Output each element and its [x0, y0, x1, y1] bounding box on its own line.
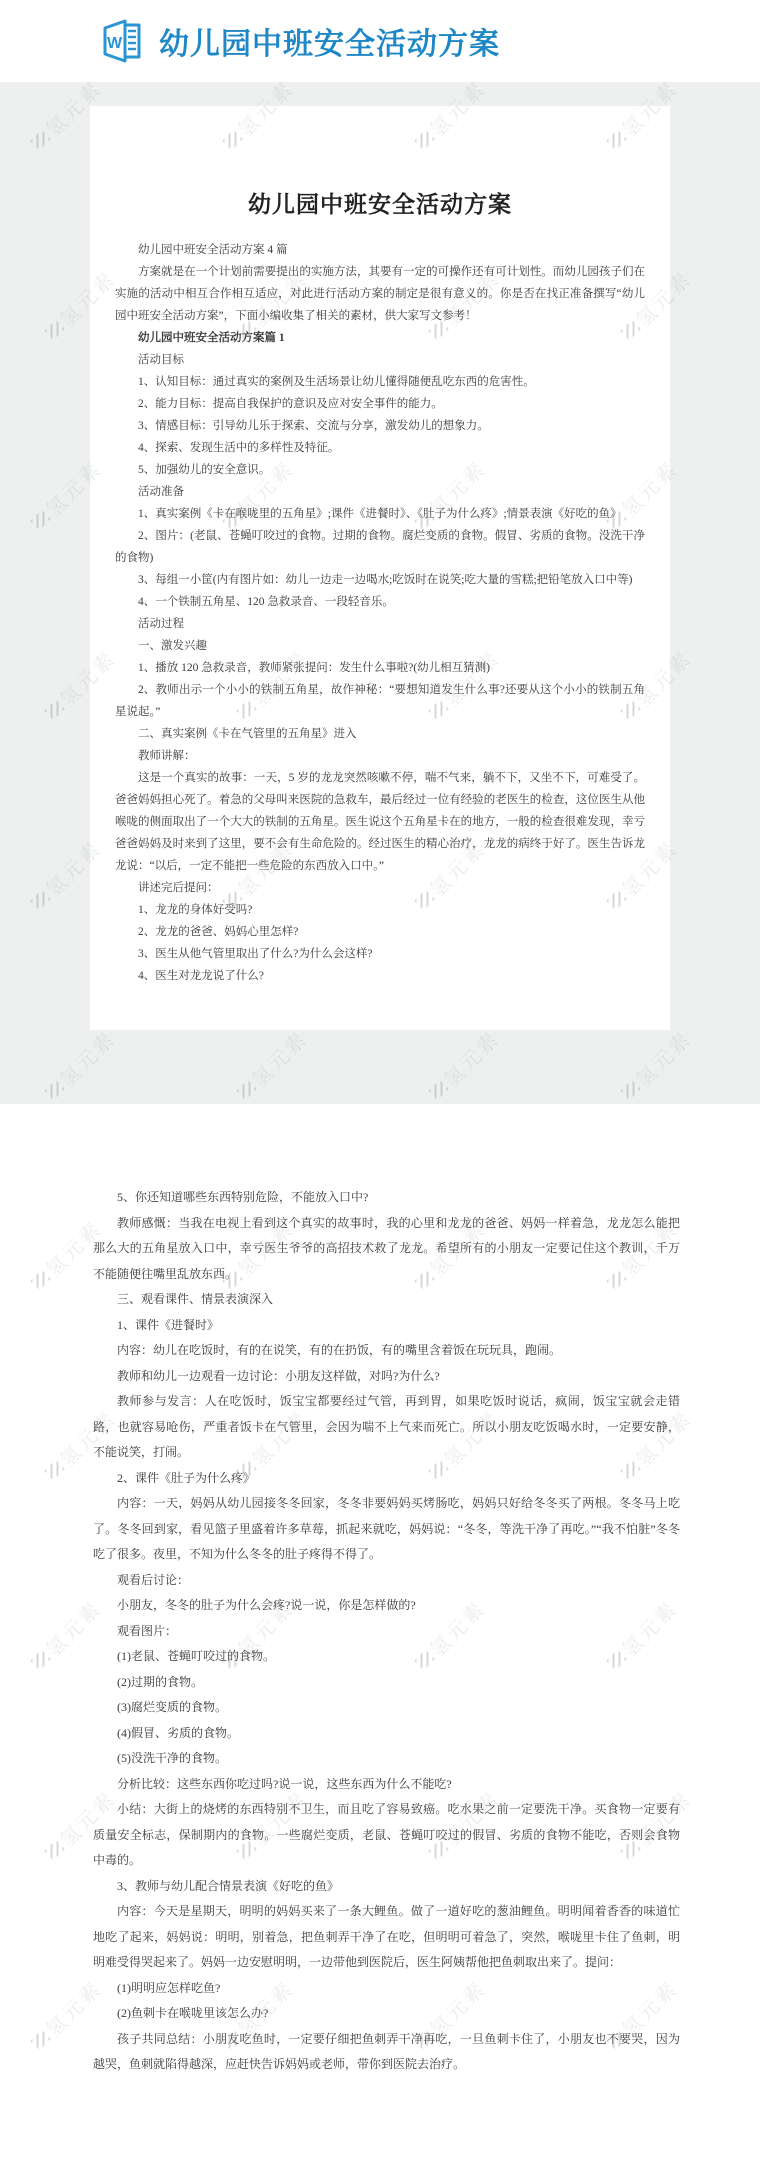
paragraph: 活动过程 — [115, 613, 645, 635]
paragraph: (1)老鼠、苍蝇叮咬过的食物。 — [93, 1644, 680, 1670]
paragraph: 2、图片：(老鼠、苍蝇叮咬过的食物。过期的食物。腐烂变质的食物。假冒、劣质的食物… — [115, 525, 645, 569]
paragraph: 1、课件《进餐时》 — [93, 1313, 680, 1339]
paragraph: 3、情感目标：引导幼儿乐于探索、交流与分享，激发幼儿的想象力。 — [115, 415, 645, 437]
paragraph: 孩子共同总结：小朋友吃鱼时，一定要仔细把鱼刺弄干净再吃，一旦鱼刺卡住了，小朋友也… — [93, 2027, 680, 2078]
paragraph: 方案就是在一个计划前需要提出的实施方法，其要有一定的可操作还有可计划性。而幼儿园… — [115, 261, 645, 327]
paragraph: 3、教师与幼儿配合情景表演《好吃的鱼》 — [93, 1874, 680, 1900]
paragraph: 4、医生对龙龙说了什么? — [115, 965, 645, 987]
paragraph: 1、认知目标：通过真实的案例及生活场景让幼儿懂得随便乱吃东西的危害性。 — [115, 371, 645, 393]
paragraph: 3、医生从他气管里取出了什么?为什么会这样? — [115, 943, 645, 965]
paragraph: (2)鱼刺卡在喉咙里该怎么办? — [93, 2001, 680, 2027]
paragraph: 教师感慨：当我在电视上看到这个真实的故事时，我的心里和龙龙的爸爸、妈妈一样着急，… — [93, 1211, 680, 1288]
watermark-text: 氢元素 — [52, 1023, 121, 1092]
paragraph: 2、教师出示一个小小的铁制五角星，故作神秘：“要想知道发生什么事?还要从这个小小… — [115, 679, 645, 723]
page: W 幼儿园中班安全活动方案 幼儿园中班安全活动方案 幼儿园中班安全活动方案 4 … — [0, 0, 760, 2178]
paragraph: 4、探索、发现生活中的多样性及特征。 — [115, 437, 645, 459]
paragraph: 小朋友，冬冬的肚子为什么会疼?说一说，你是怎样做的? — [93, 1593, 680, 1619]
paragraph: 5、你还知道哪些东西特别危险，不能放入口中? — [93, 1185, 680, 1211]
paragraph: 观看图片： — [93, 1619, 680, 1645]
watermark: 氢元素 — [39, 1023, 122, 1106]
watermark-logo-icon — [44, 700, 65, 721]
paragraph: (5)没洗干净的食物。 — [93, 1746, 680, 1772]
watermark-text: 氢元素 — [628, 1023, 697, 1092]
site-title: 幼儿园中班安全活动方案 — [159, 19, 500, 63]
paragraph: (4)假冒、劣质的食物。 — [93, 1721, 680, 1747]
paragraph: 幼儿园中班安全活动方案篇 1 — [115, 327, 645, 349]
watermark-logo-icon — [44, 1080, 65, 1101]
paragraph: 2、能力目标：提高自我保护的意识及应对安全事件的能力。 — [115, 393, 645, 415]
paragraph: 幼儿园中班安全活动方案 4 篇 — [115, 239, 645, 261]
watermark-logo-icon — [620, 1080, 641, 1101]
paragraph: (1)明明应怎样吃鱼? — [93, 1976, 680, 2002]
page2-paragraphs: 5、你还知道哪些东西特别危险，不能放入口中?教师感慨：当我在电视上看到这个真实的… — [93, 1185, 680, 2078]
paragraph: 教师讲解： — [115, 745, 645, 767]
page1-paragraphs: 幼儿园中班安全活动方案 4 篇方案就是在一个计划前需要提出的实施方法，其要有一定… — [115, 239, 645, 987]
paragraph: 2、课件《肚子为什么疼》 — [93, 1466, 680, 1492]
watermark-logo-icon — [30, 130, 51, 151]
paragraph: 这是一个真实的故事：一天，5 岁的龙龙突然咳嗽不停，喘不气来，躺不下，又坐不下，… — [115, 767, 645, 877]
paragraph: 内容：一天，妈妈从幼儿园接冬冬回家，冬冬非要妈妈买烤肠吃，妈妈只好给冬冬买了两根… — [93, 1491, 680, 1568]
watermark-text: 氢元素 — [244, 1023, 313, 1092]
paragraph: (3)腐烂变质的食物。 — [93, 1695, 680, 1721]
watermark-logo-icon — [428, 1080, 449, 1101]
word-document-icon: W — [95, 16, 147, 66]
paragraph: 1、龙龙的身体好受吗? — [115, 899, 645, 921]
paragraph: 观看后讨论： — [93, 1568, 680, 1594]
watermark-logo-icon — [44, 320, 65, 341]
watermark-logo-icon — [30, 890, 51, 911]
watermark: 氢元素 — [615, 1023, 698, 1106]
paragraph: 内容：幼儿在吃饭时，有的在说笑，有的在扔饭，有的嘴里含着饭在玩玩具，跑闹。 — [93, 1338, 680, 1364]
watermark: 氢元素 — [231, 1023, 314, 1106]
paragraph: 教师和幼儿一边观看一边讨论：小朋友这样做，对吗?为什么? — [93, 1364, 680, 1390]
paragraph: 活动目标 — [115, 349, 645, 371]
document-page-2: 5、你还知道哪些东西特别危险，不能放入口中?教师感慨：当我在电视上看到这个真实的… — [0, 1104, 760, 2178]
paragraph: 1、播放 120 急救录音，教师紧张提问：发生什么事啦?(幼儿相互猜测) — [115, 657, 645, 679]
paragraph: 小结：大街上的烧烤的东西特别不卫生，而且吃了容易致癌。吃水果之前一定要洗干净。买… — [93, 1797, 680, 1874]
site-header: W 幼儿园中班安全活动方案 — [0, 0, 760, 82]
watermark-logo-icon — [30, 510, 51, 531]
paragraph: 5、加强幼儿的安全意识。 — [115, 459, 645, 481]
paragraph: 活动准备 — [115, 481, 645, 503]
paragraph: 分析比较：这些东西你吃过吗?说一说，这些东西为什么不能吃? — [93, 1772, 680, 1798]
document-page-1: 幼儿园中班安全活动方案 幼儿园中班安全活动方案 4 篇方案就是在一个计划前需要提… — [90, 106, 670, 1030]
paragraph: 2、龙龙的爸爸、妈妈心里怎样? — [115, 921, 645, 943]
paragraph: 1、真实案例《卡在喉咙里的五角星》;课件《进餐时》、《肚子为什么疼》;情景表演《… — [115, 503, 645, 525]
watermark: 氢元素 — [423, 1023, 506, 1106]
paragraph: (2)过期的食物。 — [93, 1670, 680, 1696]
watermark-text: 氢元素 — [436, 1023, 505, 1092]
document-title: 幼儿园中班安全活动方案 — [115, 186, 645, 219]
paragraph: 教师参与发言：人在吃饭时，饭宝宝都要经过气管，再到胃，如果吃饭时说话，疯闹，饭宝… — [93, 1389, 680, 1466]
svg-text:W: W — [107, 35, 123, 52]
paragraph: 讲述完后提问： — [115, 877, 645, 899]
paragraph: 内容：今天是星期天，明明的妈妈买来了一条大鲤鱼。做了一道好吃的葱油鲤鱼。明明闻着… — [93, 1899, 680, 1976]
paragraph: 一、激发兴趣 — [115, 635, 645, 657]
paragraph: 3、每组一小筐(内有图片如：幼儿一边走一边喝水;吃饭时在说笑;吃大量的雪糕;把铅… — [115, 569, 645, 591]
watermark-logo-icon — [236, 1080, 257, 1101]
paragraph: 三、观看课件、情景表演深入 — [93, 1287, 680, 1313]
paragraph: 4、一个铁制五角星、120 急救录音、一段轻音乐。 — [115, 591, 645, 613]
paragraph: 二、真实案例《卡在气管里的五角星》进入 — [115, 723, 645, 745]
